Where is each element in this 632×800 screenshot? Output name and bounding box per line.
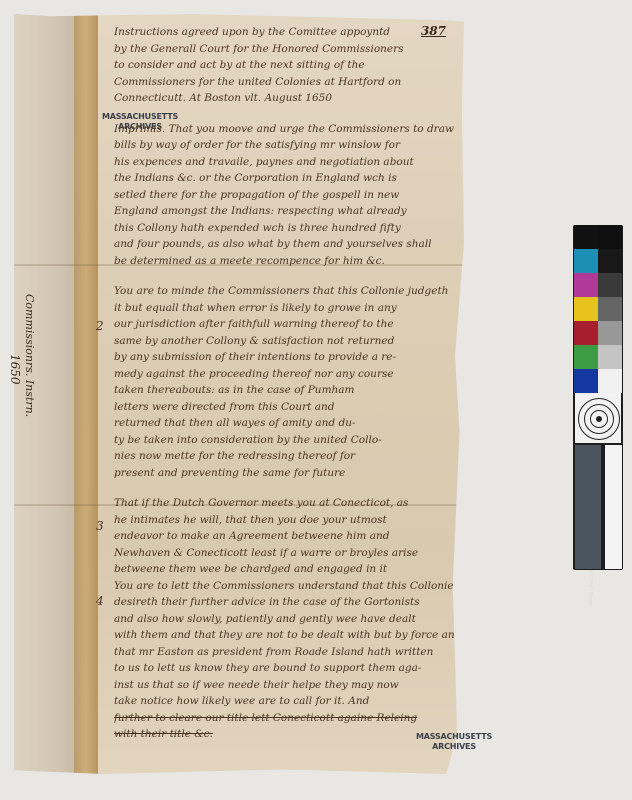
swatch-blue bbox=[574, 369, 598, 393]
text-line: and also how slowly, patiently and gentl… bbox=[114, 611, 454, 628]
text-line: medy against the proceeding thereof nor … bbox=[114, 366, 454, 383]
text-line: he intimates he will, that then you doe … bbox=[114, 512, 454, 529]
text-line: betweene them wee be chardged and engage… bbox=[114, 561, 454, 578]
stamp-line: ARCHIVES bbox=[416, 742, 492, 752]
swatch-yellow bbox=[574, 297, 598, 321]
text-line: it but equall that when error is likely … bbox=[114, 300, 454, 317]
repair-tape bbox=[74, 14, 98, 774]
text-line: with them and that they are not to be de… bbox=[114, 627, 454, 644]
swatch-black bbox=[598, 225, 622, 249]
text-line: returned that then all wayes of amity an… bbox=[114, 415, 454, 432]
gray-strip bbox=[575, 445, 601, 569]
text-line: inst us that so if wee neede their helpe… bbox=[114, 677, 454, 694]
text-line: present and preventing the same for futu… bbox=[114, 465, 454, 482]
target-label-line: AIC PhD Target bbox=[587, 570, 593, 607]
swatch-magenta bbox=[574, 273, 598, 297]
text-line: That if the Dutch Governor meets you at … bbox=[114, 495, 454, 512]
swatch-gray-2 bbox=[598, 273, 622, 297]
text-line: desireth their further advice in the cas… bbox=[114, 594, 454, 611]
text-line: and four pounds, as also what by them an… bbox=[114, 236, 454, 253]
text-line: letters were directed from this Court an… bbox=[114, 399, 454, 416]
swatch-green bbox=[574, 345, 598, 369]
text-line: taken thereabouts: as in the case of Pum… bbox=[114, 382, 454, 399]
swatch-gray-3 bbox=[598, 297, 622, 321]
text-line: by the Generall Court for the Honored Co… bbox=[114, 41, 454, 58]
text-line: to consider and act by at the next sitti… bbox=[114, 57, 454, 74]
swatch-white bbox=[598, 369, 622, 393]
text-line: England amongst the Indians: respecting … bbox=[114, 203, 454, 220]
manuscript-page: 387 MASSACHUSETTS ARCHIVES MASSACHUSETTS… bbox=[14, 14, 464, 774]
docket-year: 1650 bbox=[8, 354, 22, 385]
text-line: setled there for the propagation of the … bbox=[114, 187, 454, 204]
swatch-gray-4 bbox=[598, 321, 622, 345]
paragraph-number: 3 bbox=[96, 519, 104, 533]
paragraph-2: You are to minde the Commissioners that … bbox=[114, 283, 454, 481]
text-line: nies now mette for the redressing thereo… bbox=[114, 448, 454, 465]
swatch-red bbox=[574, 321, 598, 345]
text-line: be determined as a meete recompence for … bbox=[114, 253, 454, 270]
paragraph-number: 4 bbox=[96, 594, 104, 608]
text-line: bills by way of order for the satisfying… bbox=[114, 137, 454, 154]
manuscript-text: Instructions agreed upon by the Comittee… bbox=[114, 24, 454, 743]
text-line: Imprimis. That you moove and urge the Co… bbox=[114, 121, 454, 138]
text-line: same by another Collony & satisfaction n… bbox=[114, 333, 454, 350]
paragraph-4: You are to lett the Commissioners unders… bbox=[114, 578, 454, 743]
text-line: You are to lett the Commissioners unders… bbox=[114, 578, 454, 595]
text-line: Commissioners for the united Colonies at… bbox=[114, 74, 454, 91]
text-line: our jurisdiction after faithfull warning… bbox=[114, 316, 454, 333]
text-line: the Indians &c. or the Corporation in En… bbox=[114, 170, 454, 187]
resolution-rings bbox=[575, 393, 621, 443]
heading: Instructions agreed upon by the Comittee… bbox=[114, 24, 454, 107]
target-label: AIC PhD Target bbox=[587, 570, 593, 607]
swatch-cyan bbox=[574, 249, 598, 273]
text-line: You are to minde the Commissioners that … bbox=[114, 283, 454, 300]
text-line: take notice how likely wee are to call f… bbox=[114, 693, 454, 710]
color-calibration-target: AIC PhD Target bbox=[573, 225, 623, 570]
paragraph-number: 2 bbox=[96, 319, 104, 333]
scale-ruler bbox=[605, 445, 622, 569]
swatch-gray-1 bbox=[598, 249, 622, 273]
docket-note: Commissionrs. Instrn. bbox=[23, 294, 36, 417]
swatch-black bbox=[574, 225, 598, 249]
text-line: by any submission of their intentions to… bbox=[114, 349, 454, 366]
struck-text-line: with their title &c. bbox=[114, 726, 454, 743]
text-line: this Collony hath expended wch is three … bbox=[114, 220, 454, 237]
text-line: his expences and travaile, paynes and ne… bbox=[114, 154, 454, 171]
text-line: Newhaven & Conecticott least if a warre … bbox=[114, 545, 454, 562]
text-line: Connecticutt. At Boston vlt. August 1650 bbox=[114, 90, 454, 107]
struck-text-line: further to cleare our title lett Conecti… bbox=[114, 710, 454, 727]
paragraph-imprimis: Imprimis. That you moove and urge the Co… bbox=[114, 121, 454, 270]
text-line: endeavor to make an Agreement betweene h… bbox=[114, 528, 454, 545]
text-line: Instructions agreed upon by the Comittee… bbox=[114, 24, 454, 41]
text-line: that mr Easton as president from Roade I… bbox=[114, 644, 454, 661]
text-line: ty be taken into consideration by the un… bbox=[114, 432, 454, 449]
paragraph-3: That if the Dutch Governor meets you at … bbox=[114, 495, 454, 578]
text-line: to us to lett us know they are bound to … bbox=[114, 660, 454, 677]
swatch-gray-5 bbox=[598, 345, 622, 369]
ring-center bbox=[596, 416, 602, 422]
